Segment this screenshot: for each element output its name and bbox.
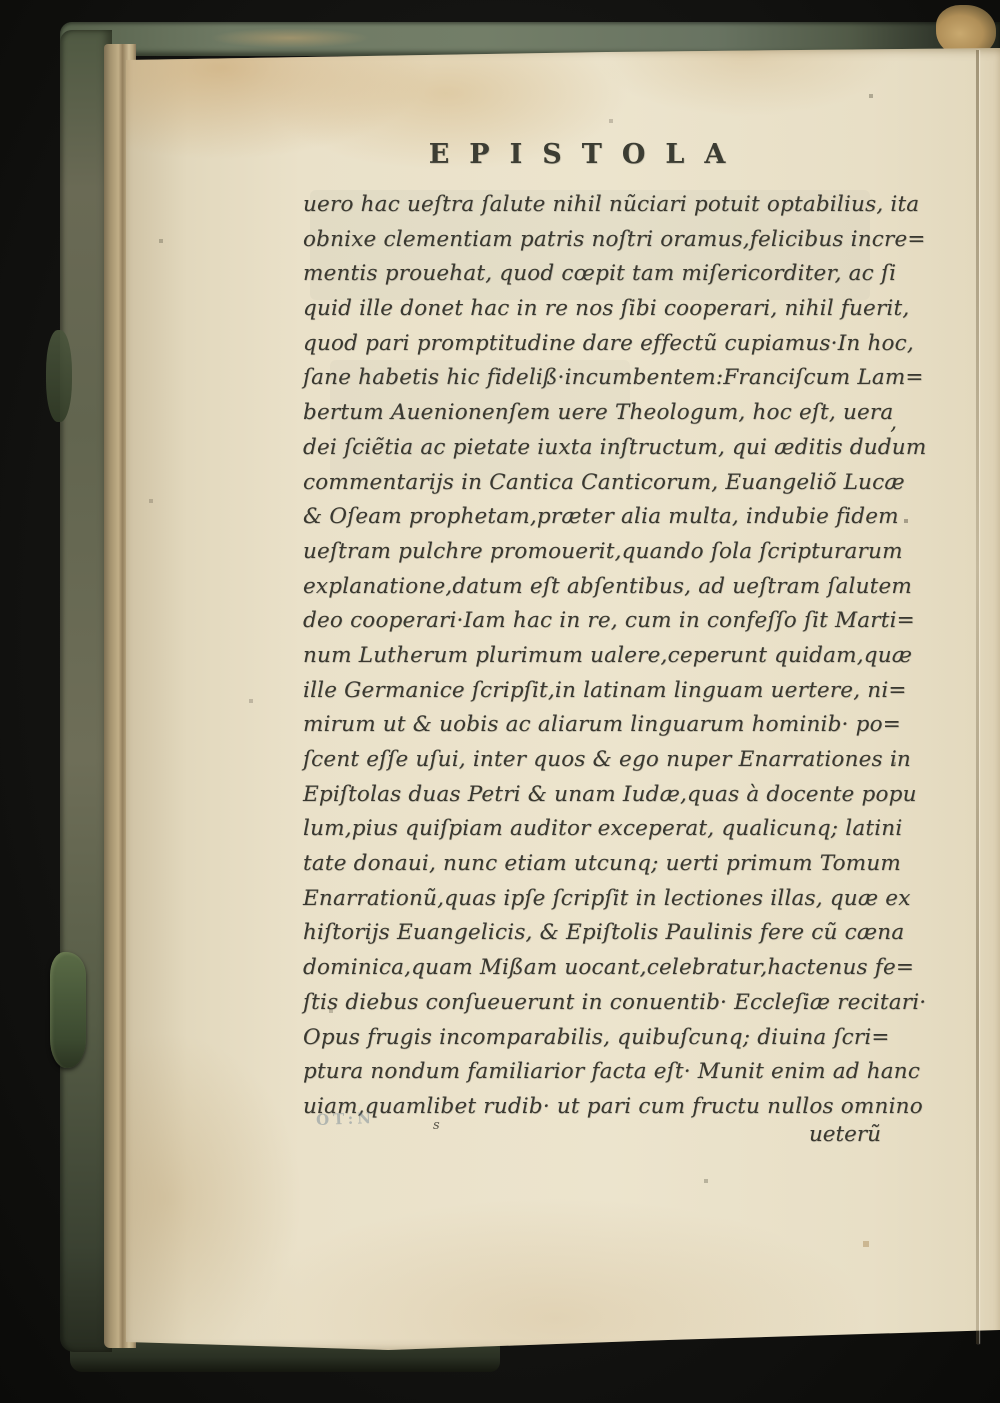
text-line: quod pari promptitudine dare effectũ cup… (303, 327, 881, 362)
text-block: uero hac ueſtra ſalute nihil nũciari pot… (303, 188, 881, 1125)
text-line: dei ſciẽtia ac pietate iuxta inſtructum,… (303, 431, 881, 466)
text-line: deo cooperari·Iam hac in re, cum in conf… (303, 604, 881, 639)
text-line: quid ille donet hac in re nos ſibi coope… (303, 292, 881, 327)
catchword: ueterũ (303, 1122, 881, 1147)
text-line: ſcent eſſe uſui, inter quos & ego nuper … (303, 743, 881, 778)
text-line: ptura nondum familiarior facta eſt· Muni… (303, 1055, 881, 1090)
text-line: bertum Auenionenſem uere Theologum, hoc … (303, 396, 881, 431)
ghost-stamp: OT:N (316, 1109, 376, 1129)
text-line: hiſtorijs Euangelicis, & Epiſtolis Pauli… (303, 916, 881, 951)
clasp-stub-left (46, 330, 72, 422)
text-line: commentarijs in Cantica Canticorum, Euan… (303, 466, 881, 501)
text-line: obnixe clementiam patris noſtri oramus,f… (303, 223, 881, 258)
page-crease (976, 50, 979, 1344)
text-line: Opus frugis incomparabilis, quibuſcunq; … (303, 1021, 881, 1056)
text-line: ueſtram pulchre promouerit,quando ſola ſ… (303, 535, 881, 570)
text-line: num Lutherum plurimum ualere,ceperunt qu… (303, 639, 881, 674)
text-line: ille Germanice ſcripſit,in latinam lingu… (303, 674, 881, 709)
foxing-speckles (0, 0, 2, 2)
page-heading: EPISTOLA (303, 139, 881, 170)
text-line: & Oſeam prophetam,præter alia multa, ind… (303, 500, 881, 535)
book-photograph: EPISTOLA uero hac ueſtra ſalute nihil nũ… (0, 0, 1000, 1403)
stray-type-mark: s (433, 1118, 440, 1133)
text-line: tate donaui, nunc etiam utcunq; uerti pr… (303, 847, 881, 882)
text-line: mirum ut & uobis ac aliarum linguarum ho… (303, 708, 881, 743)
text-line: uero hac ueſtra ſalute nihil nũciari pot… (303, 188, 881, 223)
text-line: uiam,quamlibet rudib· ut pari cum fructu… (303, 1090, 881, 1125)
margin-ink-mark: ‚ (890, 410, 897, 435)
text-line: Enarrationũ,quas ipſe ſcripſit in lectio… (303, 882, 881, 917)
text-line: ſane habetis hic fideliß·incumbentem:Fra… (303, 361, 881, 396)
text-line: ſtis diebus conſueuerunt in conuentib· E… (303, 986, 881, 1021)
text-line: mentis prouehat, quod cœpit tam miſerico… (303, 257, 881, 292)
text-line: lum,pius quiſpiam auditor exceperat, qua… (303, 812, 881, 847)
text-line: explanatione,datum eſt abſentibus, ad ue… (303, 570, 881, 605)
clasp-remnant-left (50, 952, 86, 1068)
text-line: Epiſtolas duas Petri & unam Iudæ,quas à … (303, 778, 881, 813)
text-line: dominica,quam Mißam uocant,celebratur,ha… (303, 951, 881, 986)
